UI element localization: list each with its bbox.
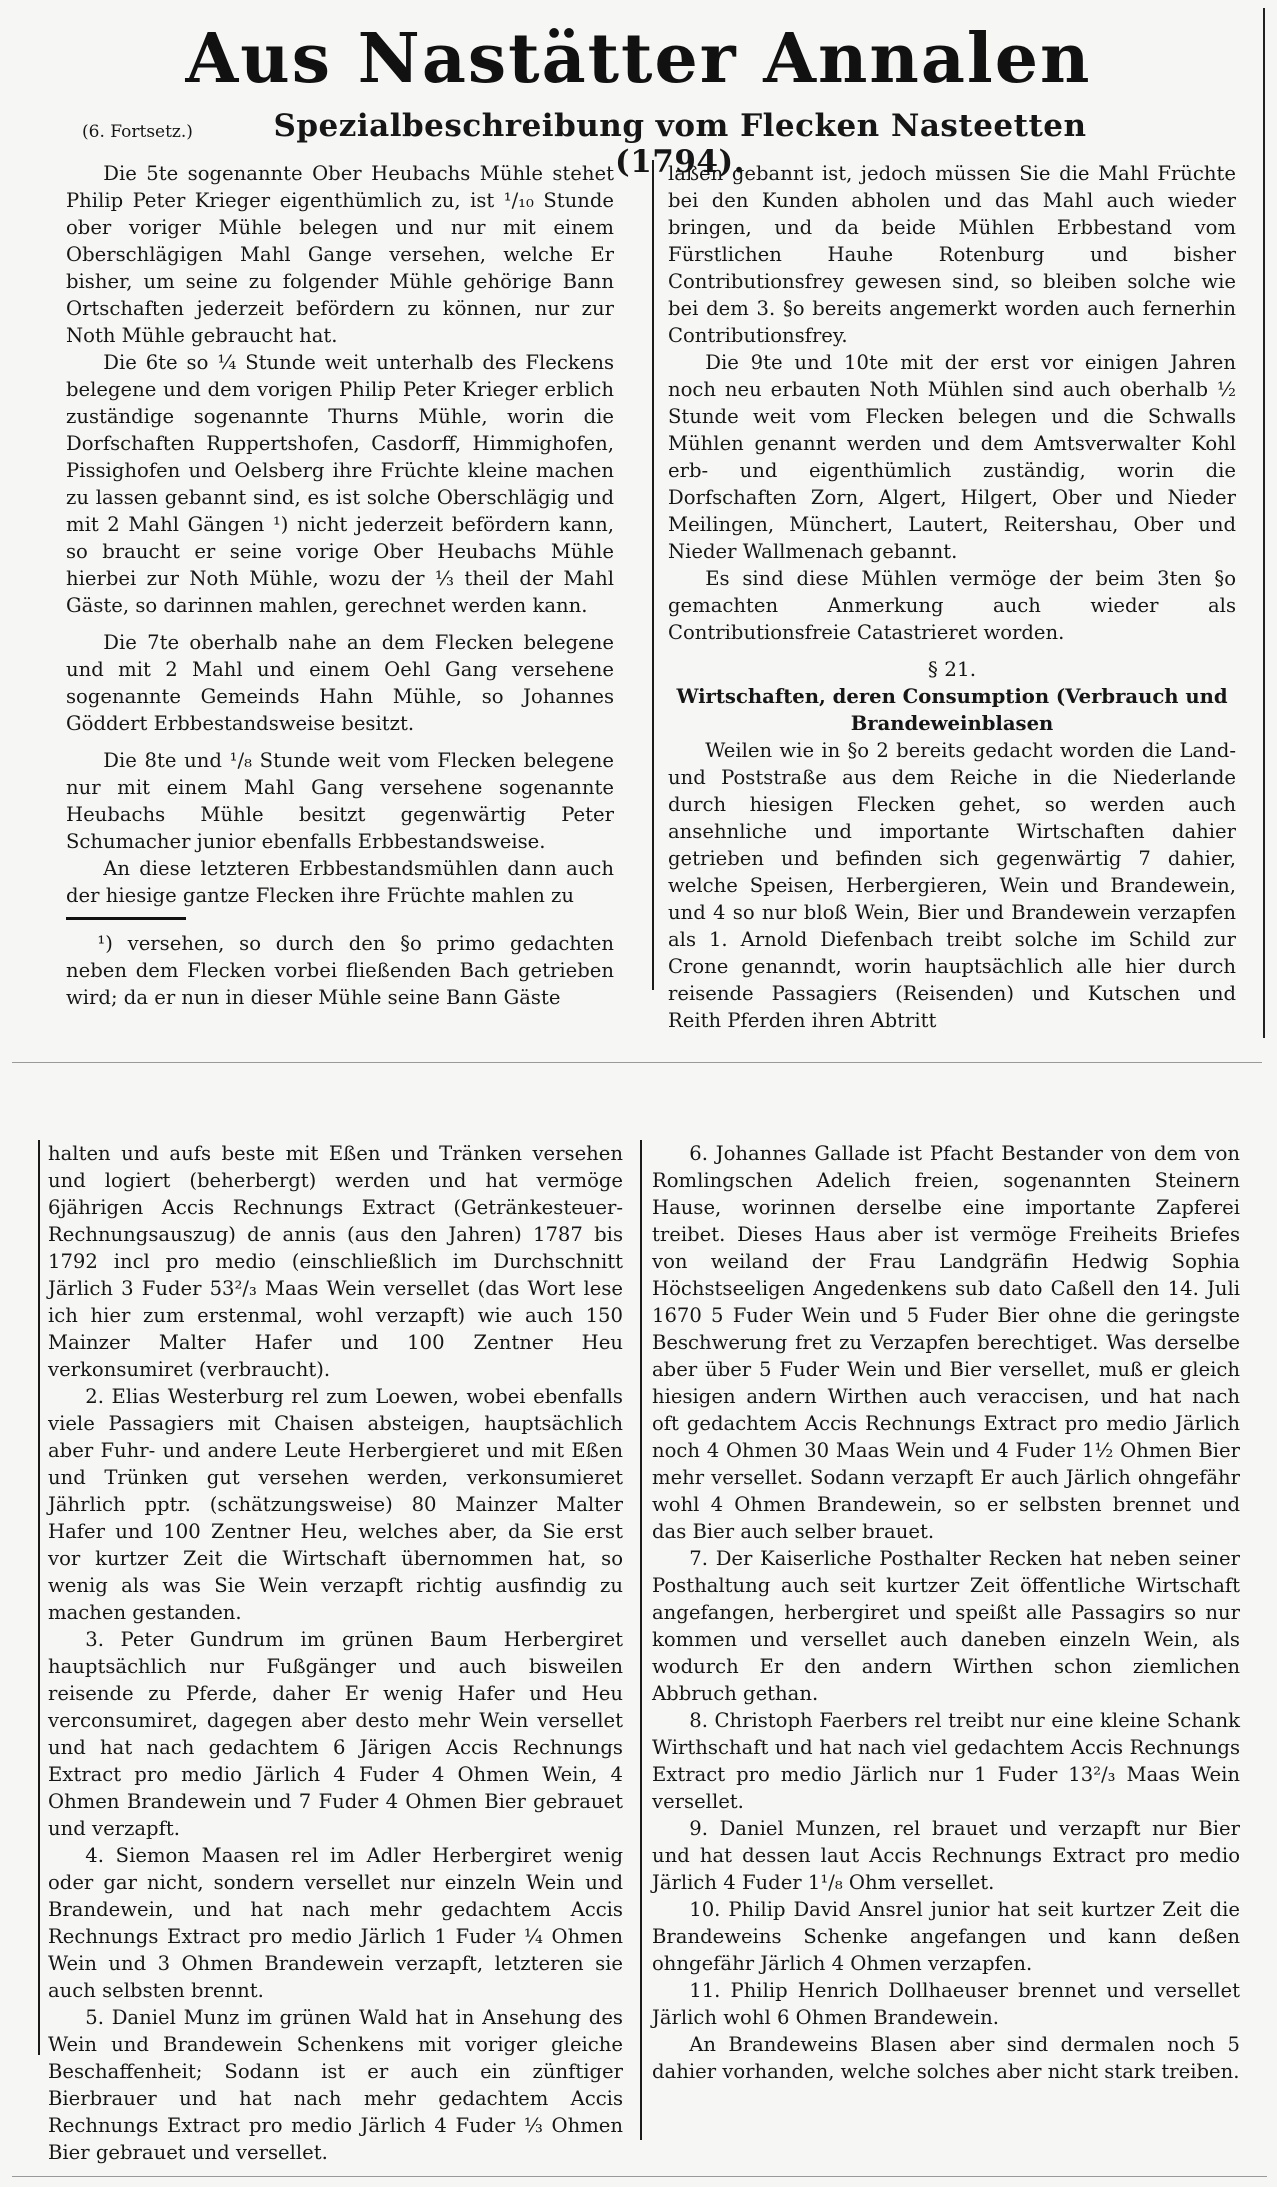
- paragraph: Es sind diese Mühlen vermöge der beim 3t…: [668, 565, 1236, 646]
- continuation-note: (6. Fortsetz.): [82, 122, 193, 142]
- paragraph: Die 7te oberhalb nahe an dem Flecken bel…: [66, 629, 614, 737]
- masthead-title: Aus Nastätter Annalen: [0, 14, 1277, 104]
- column-divider: [652, 160, 654, 990]
- top-clipping: Aus Nastätter Annalen (6. Fortsetz.) Spe…: [0, 0, 1277, 1045]
- paragraph: Die 9te und 10te mit der erst vor einige…: [668, 349, 1236, 565]
- section-number: § 21.: [668, 656, 1236, 683]
- paragraph: Die 5te sogenannte Ober Heubachs Mühle s…: [66, 160, 614, 349]
- column-divider: [640, 1140, 642, 2140]
- paragraph: 8. Christoph Faerbers rel treibt nur ein…: [652, 1707, 1240, 1815]
- paragraph: 6. Johannes Gallade ist Pfacht Bestander…: [652, 1140, 1240, 1545]
- bottom-right-column: 6. Johannes Gallade ist Pfacht Bestander…: [652, 1140, 1240, 2085]
- footnote-divider: [66, 917, 186, 920]
- paragraph: 4. Siemon Maasen rel im Adler Herbergire…: [48, 1842, 623, 2004]
- paragraph: 7. Der Kaiserliche Posthalter Recken hat…: [652, 1545, 1240, 1707]
- clipping-separator: [12, 1062, 1262, 1063]
- bottom-left-column: halten und aufs beste mit Eßen und Tränk…: [48, 1140, 623, 2166]
- section-title: Wirtschaften, deren Consumption (Verbrau…: [668, 683, 1236, 737]
- paragraph: halten und aufs beste mit Eßen und Tränk…: [48, 1140, 623, 1383]
- paragraph: An diese letzteren Erbbestandsmühlen dan…: [66, 855, 614, 909]
- paragraph: 5. Daniel Munz im grünen Wald hat in Ans…: [48, 2004, 623, 2166]
- paragraph: 2. Elias Westerburg rel zum Loewen, wobe…: [48, 1383, 623, 1626]
- footnote: ¹) versehen, so durch den §o primo gedac…: [66, 930, 614, 1011]
- bottom-separator: [12, 2176, 1267, 2177]
- paragraph: 9. Daniel Munzen, rel brauet und verzapf…: [652, 1815, 1240, 1896]
- paragraph: 10. Philip David Ansrel junior hat seit …: [652, 1896, 1240, 1977]
- paragraph: Die 8te und ¹/₈ Stunde weit vom Flecken …: [66, 747, 614, 855]
- paragraph: laßen gebannt ist, jedoch müssen Sie die…: [668, 160, 1236, 349]
- paragraph: Weilen wie in §o 2 bereits gedacht worde…: [668, 737, 1236, 1034]
- subtitle-line: (6. Fortsetz.) Spezialbeschreibung vom F…: [0, 108, 1277, 152]
- top-left-column: Die 5te sogenannte Ober Heubachs Mühle s…: [66, 160, 614, 1011]
- left-border-rule: [38, 1140, 40, 2055]
- paragraph: Die 6te so ¼ Stunde weit unterhalb des F…: [66, 349, 614, 619]
- top-right-column: laßen gebannt ist, jedoch müssen Sie die…: [668, 160, 1236, 1034]
- paragraph: 11. Philip Henrich Dollhaeuser brennet u…: [652, 1977, 1240, 2031]
- paragraph: An Brandeweins Blasen aber sind dermalen…: [652, 2031, 1240, 2085]
- right-border-rule: [1263, 8, 1265, 1038]
- paragraph: 3. Peter Gundrum im grünen Baum Herbergi…: [48, 1626, 623, 1842]
